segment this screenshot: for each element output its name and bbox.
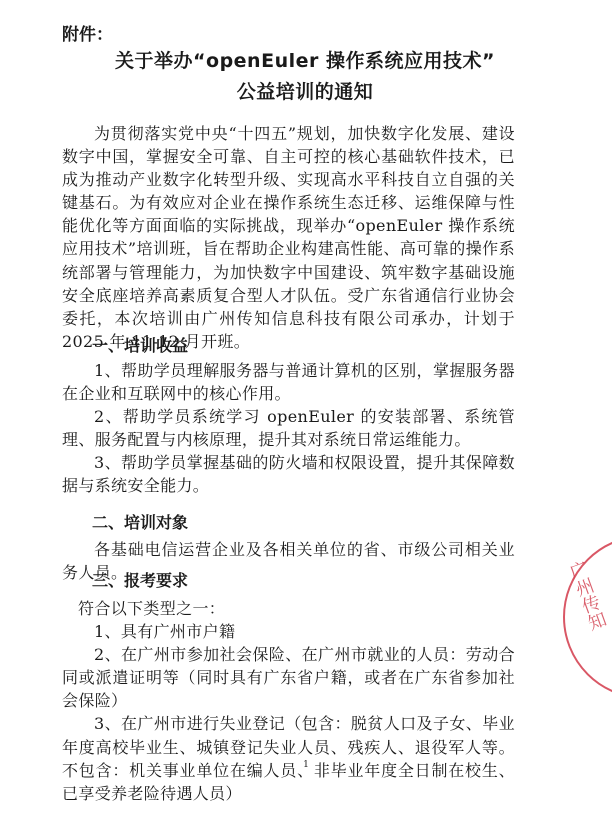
benefits-list: 1、帮助学员理解服务器与普通计算机的区别，掌握服务器在企业和互联网中的核心作用。… xyxy=(62,359,515,498)
document-title-line1: 关于举办“openEuler 操作系统应用技术” xyxy=(85,46,525,73)
attachment-label: 附件： xyxy=(62,20,113,45)
intro-paragraph: 为贯彻落实党中央“十四五”规划，加快数字化发展、建设数字中国，掌握安全可靠、自主… xyxy=(62,122,515,353)
list-item: 1、帮助学员理解服务器与普通计算机的区别，掌握服务器在企业和互联网中的核心作用。 xyxy=(62,359,515,405)
document-title-line2: 公益培训的通知 xyxy=(85,77,525,104)
section-heading-audience: 二、培训对象 xyxy=(92,510,188,533)
page-number: 1 xyxy=(0,760,612,770)
requirements-list: 符合以下类型之一： 1、具有广州市户籍 2、在广州市参加社会保险、在广州市就业的… xyxy=(62,597,515,805)
document-page: 附件： 关于举办“openEuler 操作系统应用技术” 公益培训的通知 为贯彻… xyxy=(0,0,612,831)
section-heading-benefits: 一、培训收益 xyxy=(92,333,188,356)
list-item: 3、帮助学员掌握基础的防火墙和权限设置，提升其保障数据与系统安全能力。 xyxy=(62,451,515,497)
list-item: 3、在广州市进行失业登记（包含：脱贫人口及子女、毕业年度高校毕业生、城镇登记失业… xyxy=(62,712,515,804)
list-item: 符合以下类型之一： xyxy=(62,597,515,620)
list-item: 2、帮助学员系统学习 openEuler 的安装部署、系统管理、服务配置与内核原… xyxy=(62,405,515,451)
list-item: 1、具有广州市户籍 xyxy=(62,620,515,643)
section-heading-requirements: 三、报考要求 xyxy=(92,568,188,591)
list-item: 2、在广州市参加社会保险、在广州市就业的人员：劳动合同或派遣证明等（同时具有广东… xyxy=(62,643,515,712)
intro-paragraph-block: 为贯彻落实党中央“十四五”规划，加快数字化发展、建设数字中国，掌握安全可靠、自主… xyxy=(62,122,515,353)
